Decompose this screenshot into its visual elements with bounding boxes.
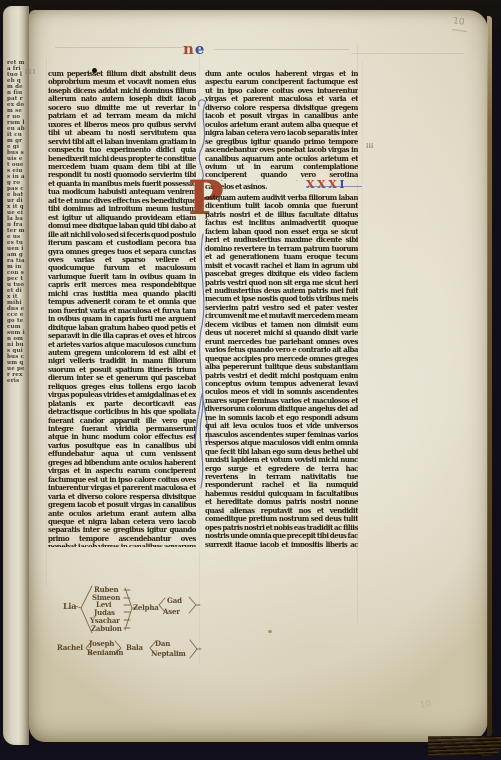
ruling-line bbox=[55, 47, 183, 48]
margin-note-iii: iii bbox=[366, 142, 373, 150]
book-fore-edge bbox=[487, 16, 492, 738]
running-header-letter: n bbox=[183, 40, 195, 58]
genealogy-child: Zabulon bbox=[91, 624, 122, 633]
facing-page-text-sliver: ret ma fri tuo leb qm den fiu pat rex do… bbox=[7, 60, 25, 406]
running-header: ne bbox=[183, 40, 205, 58]
genealogy-braces bbox=[55, 578, 205, 673]
genealogy-child: Beniamin bbox=[87, 648, 123, 657]
text-column-left: cum peperisset filium dixit abstulit deu… bbox=[48, 70, 196, 547]
genealogy-mother: Zelpha bbox=[133, 603, 159, 612]
quire-mark: III bbox=[25, 69, 36, 76]
running-header-letter: e bbox=[195, 40, 206, 58]
page-edges-stack bbox=[428, 736, 501, 756]
folio-number-pencil: 10 bbox=[452, 16, 465, 27]
ruling-line bbox=[362, 60, 363, 360]
genealogy-child: Aser bbox=[163, 607, 180, 616]
ruling-line bbox=[46, 58, 47, 588]
facing-page-edge: ret ma fri tuo leb qm den fiu pat rex do… bbox=[3, 6, 29, 745]
text-column-right-upper: dum ante oculos haberent virgas et in as… bbox=[205, 70, 358, 181]
genealogy-child: Dan bbox=[155, 639, 170, 648]
ruling-line bbox=[352, 53, 464, 54]
chapter-numeral: X bbox=[306, 178, 317, 191]
text-column-right-lower: ostquam autem audivit verba filiorum lab… bbox=[205, 194, 358, 547]
genealogy-mother: Bala bbox=[126, 643, 143, 652]
chapter-numeral: X bbox=[328, 178, 339, 191]
manuscript-photo: ret ma fri tuo leb qm den fiu pat rex do… bbox=[0, 0, 501, 760]
genealogy-child: Neptalim bbox=[151, 649, 186, 658]
chapter-numeral: I bbox=[339, 178, 347, 191]
chapter-number: XXXI bbox=[306, 178, 347, 191]
genealogy-mother: Rachel bbox=[57, 643, 83, 652]
genealogy-child: Joseph bbox=[89, 639, 114, 648]
ruling-line bbox=[214, 49, 349, 50]
ink-speck bbox=[268, 630, 272, 633]
genealogy-mother: Lia bbox=[63, 601, 76, 611]
chapter-numeral: X bbox=[317, 178, 328, 191]
genealogy-child: Gad bbox=[167, 596, 182, 605]
